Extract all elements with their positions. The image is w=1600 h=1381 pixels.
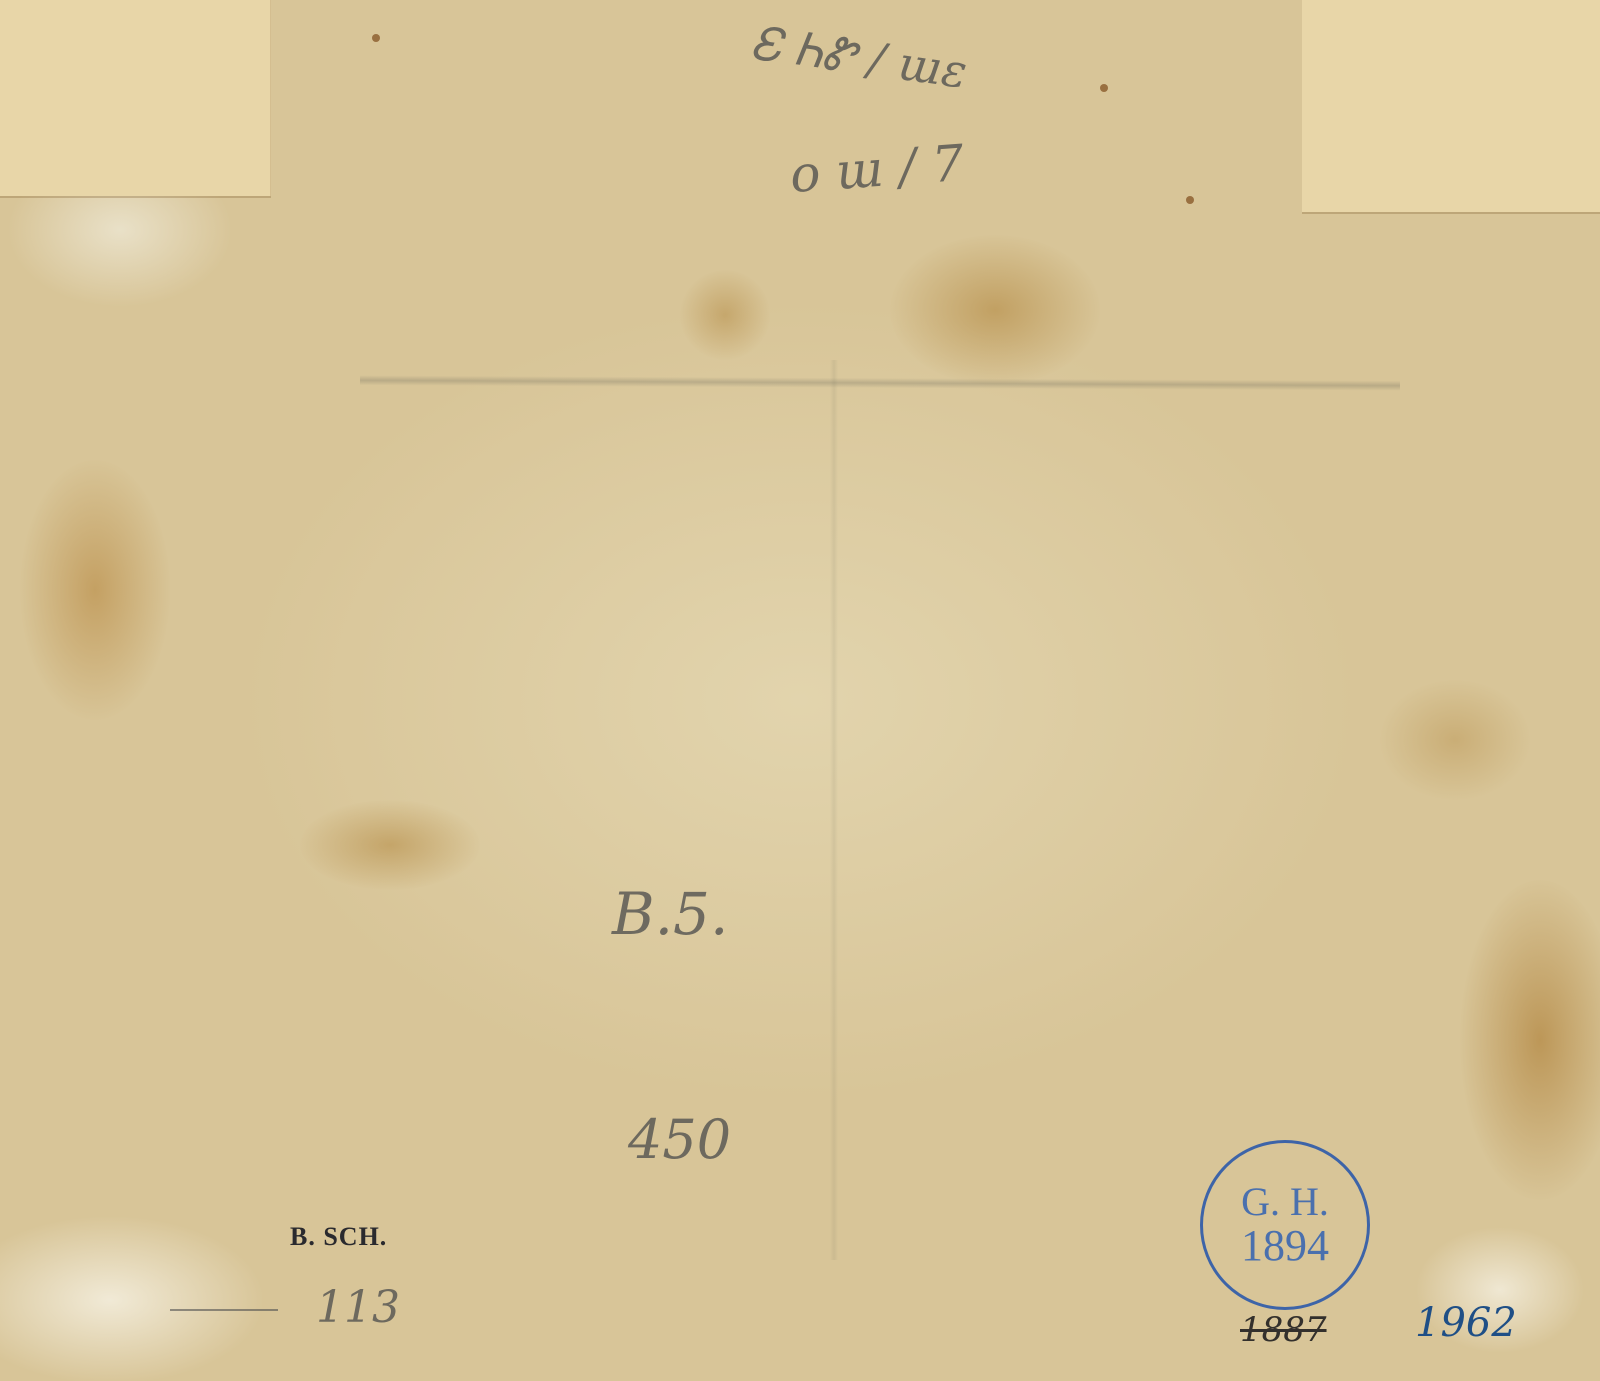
foxing-stain — [20, 460, 170, 720]
paper-sheet: ℇ ᏂᏑ / ɯɛ o ɯ / 7 B.5. 450 B. SCH. 113 G… — [0, 0, 1600, 1381]
foxing-stain — [300, 800, 480, 890]
foxing-stain — [680, 270, 770, 360]
pencil-dash — [170, 1309, 278, 1311]
stamp-initials: G. H. — [1241, 1181, 1329, 1223]
speck — [1100, 84, 1108, 92]
foxing-stain — [1380, 680, 1530, 800]
foxing-stain — [890, 235, 1100, 385]
fold-line-horizontal — [360, 375, 1400, 390]
collector-stamp-bsch: B. SCH. — [290, 1222, 387, 1252]
collector-stamp-gh-1894: G. H. 1894 — [1200, 1140, 1370, 1310]
pencil-note-top-line1: ℇ ᏂᏑ / ɯɛ — [747, 15, 970, 101]
speck — [1186, 196, 1194, 204]
mounting-tape-top-left — [0, 0, 271, 196]
pencil-catalog-code: B.5. — [612, 880, 728, 948]
corrected-year-ink: 1962 — [1415, 1300, 1517, 1346]
fold-line-vertical — [830, 360, 838, 1260]
pencil-note-top-line2: o ɯ / 7 — [788, 134, 965, 204]
pencil-price: 450 — [628, 1108, 731, 1171]
pencil-inventory-number: 113 — [316, 1282, 400, 1333]
struck-through-year: 1887 — [1240, 1310, 1327, 1350]
speck — [372, 34, 380, 42]
mounting-tape-top-right — [1302, 0, 1600, 212]
stamp-year: 1894 — [1241, 1223, 1329, 1269]
foxing-stain — [1460, 880, 1600, 1200]
